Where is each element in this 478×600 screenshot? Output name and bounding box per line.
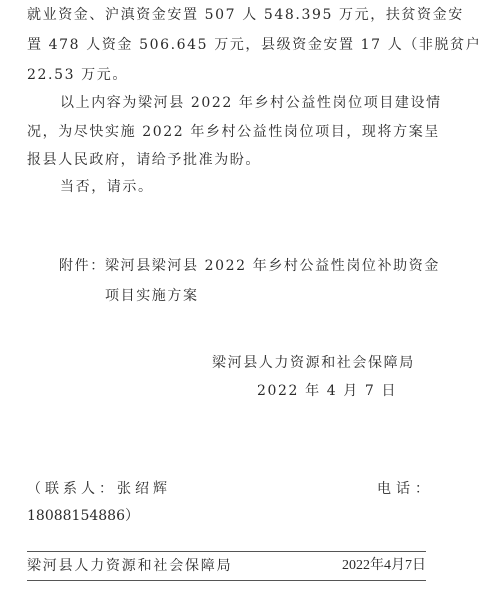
signature-date: 2022 年 4 月 7 日	[257, 382, 397, 400]
body-paragraph2-line2: 况，为尽快实施 2022 年乡村公益性岗位项目，现将方案呈	[27, 123, 440, 141]
attachment-title-line2: 项目实施方案	[105, 287, 199, 305]
contact-phone-label: 电话：	[377, 480, 434, 498]
body-paragraph2-line1: 以上内容为梁河县 2022 年乡村公益性岗位项目建设情	[60, 94, 442, 112]
signature-organization: 梁河县人力资源和社会保障局	[212, 354, 415, 372]
footer-top-rule	[27, 551, 426, 552]
attachment-title-line1: 梁河县梁河县 2022 年乡村公益性岗位补助资金	[105, 257, 440, 275]
body-paragraph1-line3: 22.53 万元。	[27, 66, 128, 84]
body-paragraph1-line2: 置 478 人资金 506.645 万元，县级资金安置 17 人（非脱贫户）	[27, 36, 478, 54]
closing-text: 当否，请示。	[60, 178, 154, 196]
contact-phone-value: 18088154886）	[27, 507, 139, 525]
body-paragraph1-line1: 就业资金、沪滇资金安置 507 人 548.395 万元，扶贫资金安	[27, 6, 464, 24]
attachment-label: 附件：	[59, 257, 106, 275]
footer-organization: 梁河县人力资源和社会保障局	[27, 557, 232, 575]
footer-date: 2022年4月7日	[342, 557, 426, 575]
footer-bottom-rule	[27, 580, 426, 581]
contact-person: （联系人：张绍辉	[27, 480, 171, 498]
body-paragraph2-line3: 报县人民政府，请给予批准为盼。	[27, 151, 261, 169]
